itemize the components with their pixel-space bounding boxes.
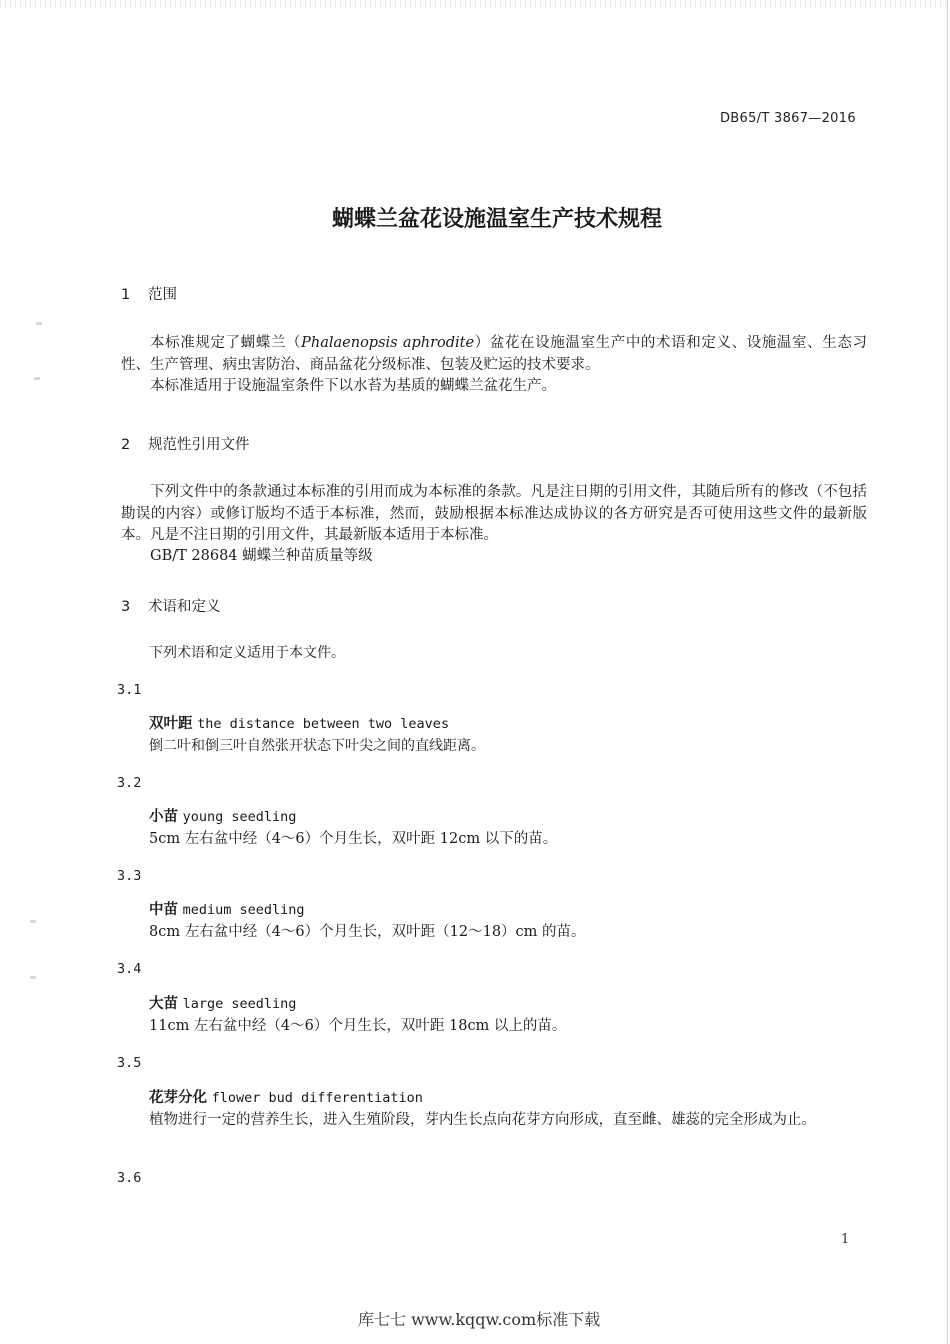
term-definition: 11cm 左右盆中经（4～6）个月生长，双叶距 18cm 以上的苗。 <box>149 1016 566 1038</box>
term-definition: 5cm 左右盆中经（4～6）个月生长，双叶距 12cm 以下的苗。 <box>149 829 557 851</box>
term-definition: 倒二叶和倒三叶自然张开状态下叶尖之间的直线距离。 <box>149 736 485 758</box>
clause-number: 3.4 <box>117 961 141 977</box>
section-title: 术语和定义 <box>148 599 221 615</box>
term-english: young seedling <box>183 809 297 825</box>
scan-speck <box>30 976 36 979</box>
clause-number: 3.5 <box>117 1055 141 1071</box>
scan-speck <box>30 920 36 923</box>
term-entry: 大苗 large seedling <box>149 994 296 1016</box>
scope-paragraph-1: 本标准规定了蝴蝶兰（Phalaenopsis aphrodite）盆花在设施温室… <box>121 333 867 376</box>
document-code: DB65/T 3867—2016 <box>720 111 856 126</box>
section-heading-1: 1范围 <box>121 283 177 304</box>
clause-number: 3.6 <box>117 1170 141 1186</box>
term-english: medium seedling <box>183 902 305 918</box>
clause-number: 3.2 <box>117 775 141 791</box>
scan-edge-top <box>0 0 950 8</box>
page-number: 1 <box>841 1232 849 1247</box>
term-entry: 小苗 young seedling <box>149 807 296 829</box>
term-definition: 8cm 左右盆中经（4～6）个月生长，双叶距（12～18）cm 的苗。 <box>149 922 586 944</box>
term-chinese: 双叶距 <box>149 716 193 732</box>
term-definition: 植物进行一定的营养生长，进入生殖阶段，芽内生长点向花芽方向形成，直至雌、雄蕊的完… <box>117 1110 867 1132</box>
document-title: 蝴蝶兰盆花设施温室生产技术规程 <box>0 202 950 233</box>
term-english: flower bud differentiation <box>212 1090 423 1106</box>
term-chinese: 花芽分化 <box>149 1090 207 1106</box>
references-paragraph: 下列文件中的条款通过本标准的引用而成为本标准的条款。凡是注日期的引用文件，其随后… <box>121 482 867 547</box>
section-heading-2: 2规范性引用文件 <box>121 433 250 454</box>
reference-item: GB/T 28684 蝴蝶兰种苗质量等级 <box>121 546 867 568</box>
term-entry: 中苗 medium seedling <box>149 900 305 922</box>
clause-number: 3.1 <box>117 682 141 698</box>
scope-paragraph-2: 本标准适用于设施温室条件下以水苔为基质的蝴蝶兰盆花生产。 <box>121 376 867 398</box>
section-heading-3: 3术语和定义 <box>121 595 221 616</box>
section-title: 规范性引用文件 <box>148 437 250 453</box>
section-number: 3 <box>121 599 148 615</box>
section-number: 2 <box>121 437 148 453</box>
section-title: 范围 <box>148 287 177 303</box>
scan-speck <box>36 322 42 325</box>
term-chinese: 中苗 <box>149 902 178 918</box>
clause-number: 3.3 <box>117 868 141 884</box>
term-english: large seedling <box>183 996 297 1012</box>
terms-intro: 下列术语和定义适用于本文件。 <box>149 643 345 665</box>
scan-speck <box>34 377 40 380</box>
term-chinese: 大苗 <box>149 996 178 1012</box>
term-chinese: 小苗 <box>149 809 178 825</box>
term-entry: 双叶距 the distance between two leaves <box>149 714 449 736</box>
species-name: Phalaenopsis aphrodite <box>301 335 474 351</box>
download-watermark: 库七七 www.kqqw.com标准下载 <box>358 1307 600 1330</box>
term-english: the distance between two leaves <box>197 716 449 732</box>
section-number: 1 <box>121 287 148 303</box>
term-entry: 花芽分化 flower bud differentiation <box>149 1088 423 1110</box>
